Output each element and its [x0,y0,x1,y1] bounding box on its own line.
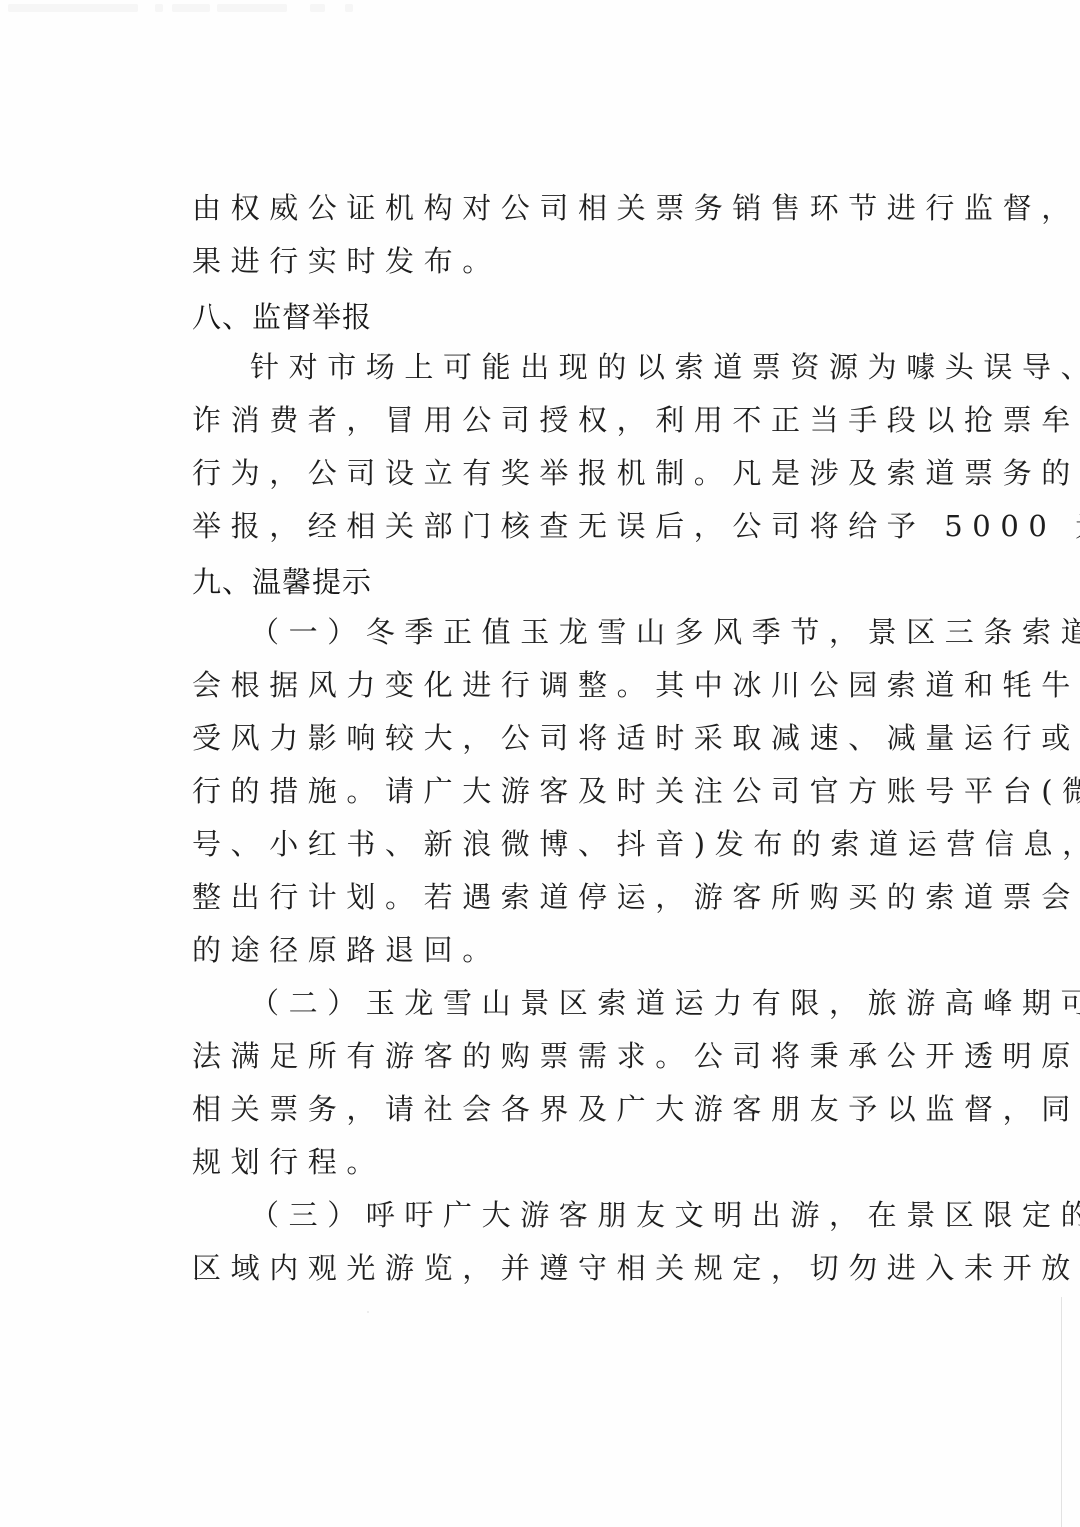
text-line: 行为，公司设立有奖举报机制。凡是涉及索道票务的相关 [192,451,892,504]
scan-artifact [345,4,353,12]
paragraph-item-2: （二）玉龙雪山景区索道运力有限，旅游高峰期可能无 法满足所有游客的购票需求。公司… [192,981,892,1193]
page-edge-line [1061,1297,1062,1527]
text-line: 由权威公证机构对公司相关票务销售环节进行监督，并将结 [192,186,892,239]
text-line: 果进行实时发布。 [192,239,892,292]
text-line: （一）冬季正值玉龙雪山多风季节，景区三条索道运行 [192,610,892,663]
text-line: 整出行计划。若遇索道停运，游客所购买的索道票会按购买 [192,875,892,928]
text-line: 号、小红书、新浪微博、抖音)发布的索道运营信息，及时调 [192,822,892,875]
paragraph: 针对市场上可能出现的以索道票资源为噱头误导、欺 诈消费者，冒用公司授权，利用不正… [192,345,892,557]
scan-artifact [172,4,210,12]
scan-artifact [367,1311,369,1313]
continuation-paragraph: 由权威公证机构对公司相关票务销售环节进行监督，并将结 果进行实时发布。 [192,186,892,292]
text-line: 区域内观光游览，并遵守相关规定，切勿进入未开放区域。 [192,1246,892,1299]
text-line: 举报，经相关部门核查无误后，公司将给予 5000 元奖励。 [192,504,892,557]
section-friendly-reminder: 九、温馨提示 （一）冬季正值玉龙雪山多风季节，景区三条索道运行 会根据风力变化进… [192,557,892,1299]
text-line: 规划行程。 [192,1140,892,1193]
text-line: 会根据风力变化进行调整。其中冰川公园索道和牦牛坪索道 [192,663,892,716]
section-heading: 八、监督举报 [192,292,892,345]
text-line: 行的措施。请广大游客及时关注公司官方账号平台(微信订阅 [192,769,892,822]
text-line: （二）玉龙雪山景区索道运力有限，旅游高峰期可能无 [192,981,892,1034]
text-line: （三）呼吁广大游客朋友文明出游，在景区限定的游览 [192,1193,892,1246]
text-line: 相关票务，请社会各界及广大游客朋友予以监督，同时合理 [192,1087,892,1140]
scan-artifact [155,4,163,12]
text-line: 诈消费者，冒用公司授权，利用不正当手段以抢票牟利的 [192,398,892,451]
scan-artifact [310,4,325,12]
scan-artifact [8,4,138,12]
section-supervision-reporting: 八、监督举报 针对市场上可能出现的以索道票资源为噱头误导、欺 诈消费者，冒用公司… [192,292,892,557]
text-line: 的途径原路退回。 [192,928,892,981]
text-line: 法满足所有游客的购票需求。公司将秉承公开透明原则销售 [192,1034,892,1087]
text-line: 受风力影响较大，公司将适时采取减速、减量运行或停止运 [192,716,892,769]
scan-artifact [217,4,287,12]
text-line: 针对市场上可能出现的以索道票资源为噱头误导、欺 [192,345,892,398]
paragraph-item-3: （三）呼吁广大游客朋友文明出游，在景区限定的游览 区域内观光游览，并遵守相关规定… [192,1193,892,1299]
document-body: 由权威公证机构对公司相关票务销售环节进行监督，并将结 果进行实时发布。 八、监督… [192,186,892,1299]
paragraph-item-1: （一）冬季正值玉龙雪山多风季节，景区三条索道运行 会根据风力变化进行调整。其中冰… [192,610,892,981]
scanned-document-page: 由权威公证机构对公司相关票务销售环节进行监督，并将结 果进行实时发布。 八、监督… [0,0,1080,1527]
section-heading: 九、温馨提示 [192,557,892,610]
